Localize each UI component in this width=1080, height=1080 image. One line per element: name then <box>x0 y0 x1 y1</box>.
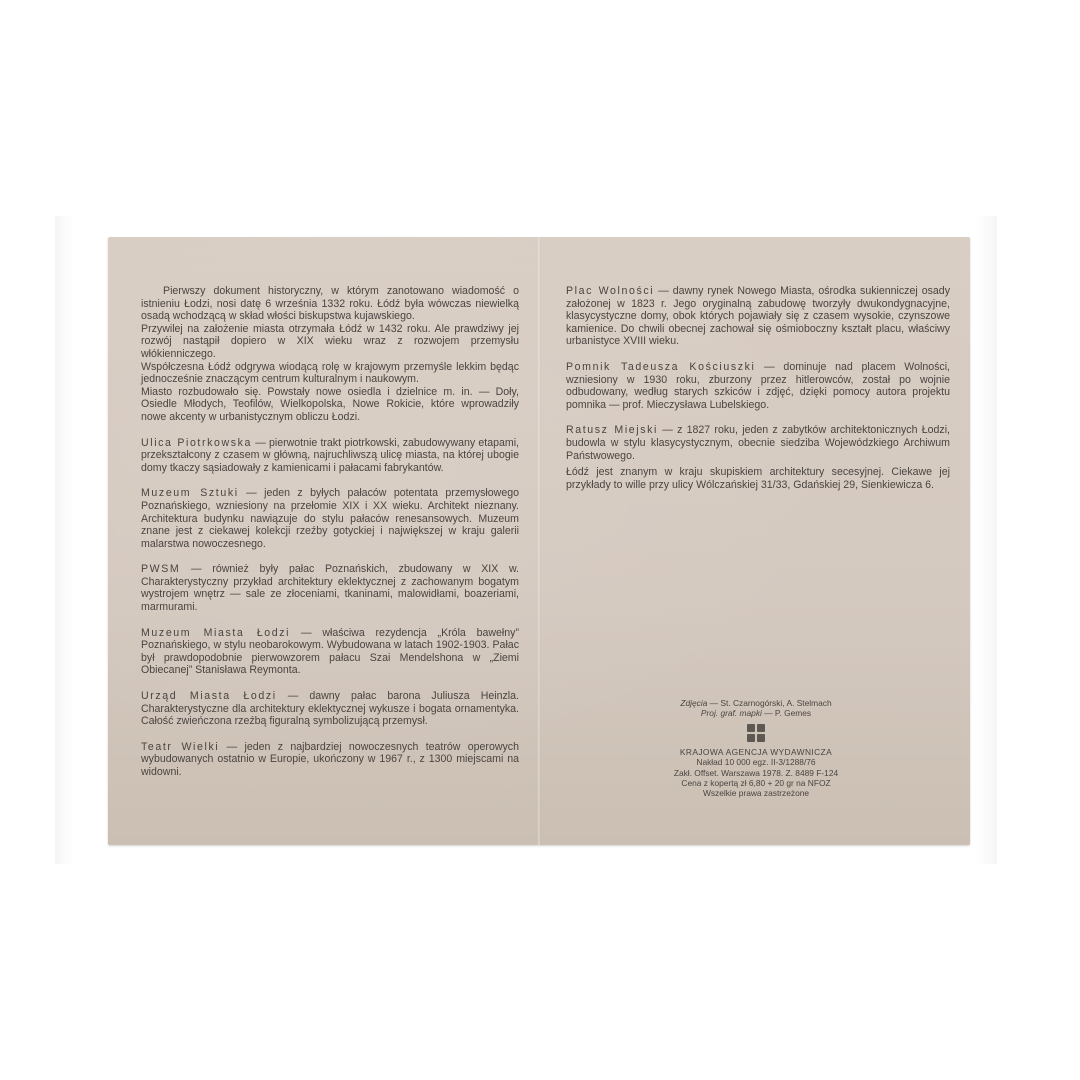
folded-leaflet: Pierwszy dokument historyczny, w którym … <box>108 237 970 845</box>
entry-heading: Ratusz Miejski <box>566 424 658 436</box>
imprint-line: Zakł. Offset. Warszawa 1978. Z. 8489 F-1… <box>616 768 896 778</box>
design-credit-names: — P. Gemes <box>762 708 811 718</box>
publisher-name: KRAJOWA AGENCJA WYDAWNICZA <box>616 747 896 757</box>
photo-credit-label: Zdjęcia <box>680 698 707 708</box>
photo-credit: Zdjęcia — St. Czarnogórski, A. Stelmach <box>616 698 896 708</box>
entry-pwsm: PWSM — również były pałac Poznańskich, z… <box>141 563 519 613</box>
entry-muzeum-sztuki: Muzeum Sztuki — jeden z byłych pałaców p… <box>141 487 519 550</box>
intro-paragraph: Miasto rozbudowało się. Powstały nowe os… <box>141 386 519 424</box>
imprint-line: Cena z kopertą zł 6,80 + 20 gr na NFOZ <box>616 778 896 788</box>
intro-paragraph: Pierwszy dokument historyczny, w którym … <box>141 285 519 323</box>
entry-heading: Urząd Miasta Łodzi <box>141 690 277 702</box>
entry-heading: Ulica Piotrkowska <box>141 437 252 449</box>
entry-heading: Muzeum Miasta Łodzi <box>141 627 290 639</box>
imprint-line: Nakład 10 000 egz. II-3/1288/76 <box>616 757 896 767</box>
entry-heading: Teatr Wielki <box>141 741 219 753</box>
photo-credit-names: — St. Czarnogórski, A. Stelmach <box>707 698 831 708</box>
entry-heading: Muzeum Sztuki <box>141 487 239 499</box>
entry-ratusz-miejski: Ratusz Miejski — z 1827 roku, jeden z za… <box>566 424 950 462</box>
entry-muzeum-miasta-lodzi: Muzeum Miasta Łodzi — właściwa rezydencj… <box>141 627 519 677</box>
center-fold <box>537 237 541 845</box>
entry-heading: PWSM <box>141 563 180 575</box>
design-credit-label: Proj. graf. mapki <box>701 708 762 718</box>
imprint-block: Zdjęcia — St. Czarnogórski, A. Stelmach … <box>616 698 896 799</box>
right-page: Plac Wolności — dawny rynek Nowego Miast… <box>566 285 950 504</box>
closing-paragraph: Łódź jest znanym w kraju skupiskiem arch… <box>566 466 950 491</box>
intro-paragraph: Przywilej na założenie miasta otrzymała … <box>141 323 519 361</box>
imprint-line: Wszelkie prawa zastrzeżone <box>616 788 896 798</box>
entry-heading: Plac Wolności <box>566 285 654 297</box>
entry-heading: Pomnik Tadeusza Kościuszki <box>566 361 755 373</box>
intro-paragraph: Współczesna Łódź odgrywa wiodącą rolę w … <box>141 361 519 386</box>
publisher-logo-icon <box>747 724 765 742</box>
entry-plac-wolnosci: Plac Wolności — dawny rynek Nowego Miast… <box>566 285 950 348</box>
entry-ulica-piotrkowska: Ulica Piotrkowska — pierwotnie trakt pio… <box>141 437 519 475</box>
entry-urzad-miasta-lodzi: Urząd Miasta Łodzi — dawny pałac barona … <box>141 690 519 728</box>
left-page: Pierwszy dokument historyczny, w którym … <box>141 285 519 792</box>
entry-text: — również były pałac Poznańskich, zbudow… <box>141 563 519 613</box>
entry-pomnik-kosciuszki: Pomnik Tadeusza Kościuszki — dominuje na… <box>566 361 950 411</box>
entry-teatr-wielki: Teatr Wielki — jeden z najbardziej nowoc… <box>141 741 519 779</box>
design-credit: Proj. graf. mapki — P. Gemes <box>616 708 896 718</box>
